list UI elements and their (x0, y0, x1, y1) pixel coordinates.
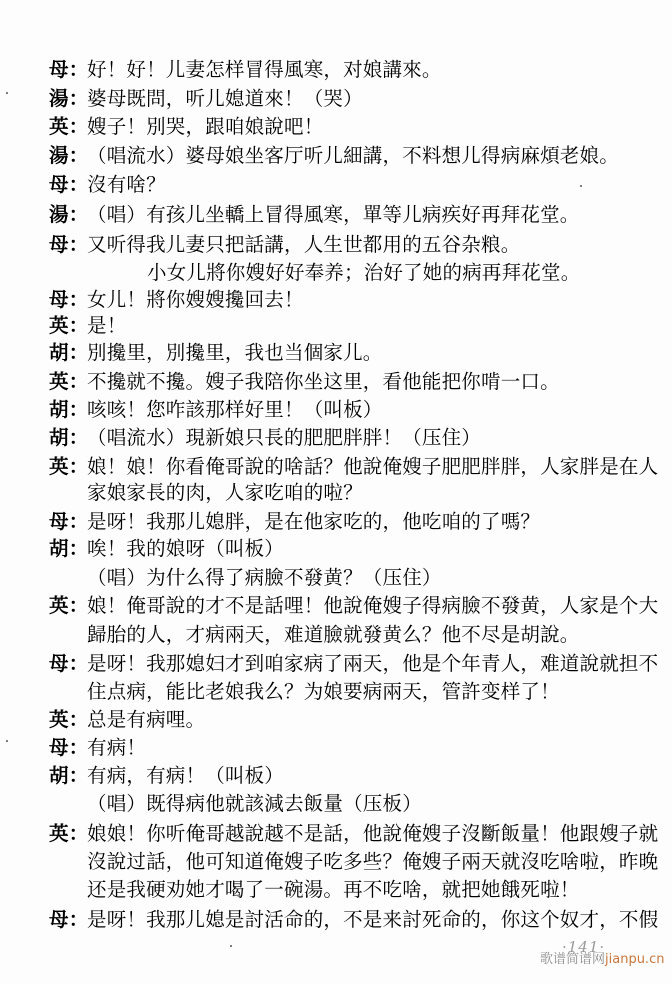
speaker-label: 胡： (49, 426, 87, 450)
script-line: 英：娘！娘！你看俺哥說的啥話？他說俺嫂子肥肥胖胖，人家胖是在人 (49, 455, 658, 479)
line-text: 还是我硬劝她才喝了一碗湯。再不吃啥，就把她餓死啦！ (87, 878, 580, 901)
line-text: 沒說过話，他可知道俺嫂子吃多些？俺嫂子兩天就沒吃啥啦，昨晚 (87, 850, 658, 873)
speaker-label: 母： (49, 173, 87, 197)
script-line: 湯：（唱流水）婆母娘坐客厅听儿細講，不料想儿得病麻煩老娘。 (49, 144, 619, 168)
line-text: 是！ (87, 314, 126, 337)
script-line: 英：不攙就不攙。嫂子我陪你坐这里，看他能把你啃一口。 (49, 370, 560, 394)
script-line: 母：沒有啥？ (49, 173, 166, 197)
scan-speck (6, 740, 8, 742)
script-line: 母：女儿！將你嫂嫂攙回去！ (49, 288, 304, 312)
script-line-continuation: 歸胎的人，才病兩天，难道臉就發黄么？他不尽是胡說。 (87, 623, 580, 647)
script-line: 胡：有病，有病！（叫板） (49, 764, 284, 788)
scan-speck (6, 92, 8, 94)
speaker-label: 母： (49, 58, 87, 82)
line-text: 住点病，能比老娘我么？为娘要病兩天，管許变样了！ (87, 680, 560, 703)
script-line-continuation: 沒說过話，他可知道俺嫂子吃多些？俺嫂子兩天就沒吃啥啦，昨晚 (87, 850, 658, 874)
line-text: 不攙就不攙。嫂子我陪你坐这里，看他能把你啃一口。 (87, 370, 560, 393)
line-text: （唱流水）現新娘只長的肥肥胖胖！（压住） (87, 426, 481, 449)
script-line-continuation: 家娘家長的肉，人家吃咱的啦？ (87, 481, 363, 505)
script-line: 胡：別攙里，別攙里，我也当個家儿。 (49, 341, 383, 365)
script-line: 英：总是有病哩。 (49, 708, 205, 732)
script-line: 英：嫂子！別哭，跟咱娘說吧！ (49, 115, 323, 139)
script-line-continuation: 还是我硬劝她才喝了一碗湯。再不吃啥，就把她餓死啦！ (87, 878, 580, 902)
watermark-cn: 歌谱简谱网 (540, 952, 605, 967)
speaker-label: 母： (49, 736, 87, 760)
line-text: 娘！娘！你看俺哥說的啥話？他說俺嫂子肥肥胖胖，人家胖是在人 (87, 455, 658, 478)
script-line: 胡：咳咳！您咋該那样好里！（叫板） (49, 398, 383, 422)
line-text: 有病！ (87, 736, 146, 759)
speaker-label: 母： (49, 233, 87, 257)
line-text: 又听得我儿妻只把話講，人生世都用的五谷杂粮。 (87, 233, 520, 256)
line-text: 娘娘！你听俺哥越說越不是話，他說俺嫂子沒斷飯量！他跟嫂子就 (87, 822, 658, 845)
speaker-label: 胡： (49, 537, 87, 561)
speaker-label: 英： (49, 708, 87, 732)
line-text: 娘！俺哥說的才不是話哩！他說俺嫂子得病臉不發黄，人家是个大 (87, 594, 658, 617)
script-line: 英：娘！俺哥說的才不是話哩！他說俺嫂子得病臉不發黄，人家是个大 (49, 594, 658, 618)
line-text: 是呀！我那儿媳是討活命的，不是来討死命的，你这个奴才，不假 (87, 908, 658, 931)
line-text: 是呀！我那媳妇才到咱家病了兩天，他是个年青人，难道說就担不 (87, 652, 658, 675)
script-line: 胡：唉！我的娘呀（叫板） (49, 537, 284, 561)
site-watermark: 歌谱简谱网jianpu.cn (540, 948, 664, 967)
line-text: 唉！我的娘呀（叫板） (87, 537, 284, 560)
speaker-label: 英： (49, 370, 87, 394)
speaker-label: 母： (49, 908, 87, 932)
speaker-label: 胡： (49, 764, 87, 788)
line-text: 好！好！儿妻怎样冒得風寒，对娘講來。 (87, 58, 442, 81)
speaker-label: 英： (49, 455, 87, 479)
line-text: （唱）既得病他就該減去飯量（压板） (87, 792, 422, 815)
script-line: 胡：（唱流水）現新娘只長的肥肥胖胖！（压住） (49, 426, 481, 450)
line-text: （唱）有孩儿坐轎上冒得風寒，單等儿病疾好再拜花堂。 (87, 203, 580, 226)
speaker-label: 母： (49, 510, 87, 534)
line-text: 家娘家長的肉，人家吃咱的啦？ (87, 481, 363, 504)
speaker-label: 湯： (49, 144, 87, 168)
script-line-continuation: （唱）为什么得了病臉不發黄？（压住） (87, 566, 442, 590)
script-line: 英：娘娘！你听俺哥越說越不是話，他說俺嫂子沒斷飯量！他跟嫂子就 (49, 822, 658, 846)
speaker-label: 胡： (49, 398, 87, 422)
line-text: 別攙里，別攙里，我也当個家儿。 (87, 341, 383, 364)
scan-speck (580, 185, 582, 187)
line-text: 是呀！我那儿媳胖，是在他家吃的，他吃咱的了嗎？ (87, 510, 540, 533)
speaker-label: 湯： (49, 87, 87, 111)
script-line: 母：是呀！我那儿媳是討活命的，不是来討死命的，你这个奴才，不假 (49, 908, 658, 932)
scanned-page: 母：好！好！儿妻怎样冒得風寒，对娘講來。 湯：婆母既問，听儿媳道來！（哭） 英：… (0, 0, 672, 984)
script-line: 母：是呀！我那儿媳胖，是在他家吃的，他吃咱的了嗎？ (49, 510, 540, 534)
script-line-indented: 小女儿將你嫂好好奉养；治好了她的病再拜花堂。 (147, 261, 580, 285)
line-text: （唱流水）婆母娘坐客厅听儿細講，不料想儿得病麻煩老娘。 (87, 144, 619, 167)
line-text: 歸胎的人，才病兩天，难道臉就發黄么？他不尽是胡說。 (87, 623, 580, 646)
line-text: 总是有病哩。 (87, 708, 205, 731)
speaker-label: 英： (49, 314, 87, 338)
speaker-label: 湯： (49, 203, 87, 227)
script-line: 母：是呀！我那媳妇才到咱家病了兩天，他是个年青人，难道說就担不 (49, 652, 658, 676)
speaker-label: 英： (49, 115, 87, 139)
script-line: 母：又听得我儿妻只把話講，人生世都用的五谷杂粮。 (49, 233, 520, 257)
script-line-continuation: 住点病，能比老娘我么？为娘要病兩天，管許变样了！ (87, 680, 560, 704)
speaker-label: 母： (49, 288, 87, 312)
script-line: 母：有病！ (49, 736, 146, 760)
speaker-label: 英： (49, 594, 87, 618)
speaker-label: 英： (49, 822, 87, 846)
speaker-label: 胡： (49, 341, 87, 365)
watermark-en: jianpu.cn (605, 952, 664, 967)
script-line: 湯：婆母既問，听儿媳道來！（哭） (49, 87, 363, 111)
script-line: 英：是！ (49, 314, 126, 338)
line-text: 有病，有病！（叫板） (87, 764, 284, 787)
script-line: 湯：（唱）有孩儿坐轎上冒得風寒，單等儿病疾好再拜花堂。 (49, 203, 580, 227)
line-text: 沒有啥？ (87, 173, 166, 196)
scan-speck (230, 945, 232, 947)
line-text: 小女儿將你嫂好好奉养；治好了她的病再拜花堂。 (147, 261, 580, 284)
line-text: 嫂子！別哭，跟咱娘說吧！ (87, 115, 323, 138)
script-line-continuation: （唱）既得病他就該減去飯量（压板） (87, 792, 422, 816)
line-text: 女儿！將你嫂嫂攙回去！ (87, 288, 304, 311)
line-text: 婆母既問，听儿媳道來！（哭） (87, 87, 363, 110)
line-text: 咳咳！您咋該那样好里！（叫板） (87, 398, 383, 421)
speaker-label: 母： (49, 652, 87, 676)
script-line: 母：好！好！儿妻怎样冒得風寒，对娘講來。 (49, 58, 442, 82)
line-text: （唱）为什么得了病臉不發黄？（压住） (87, 566, 442, 589)
